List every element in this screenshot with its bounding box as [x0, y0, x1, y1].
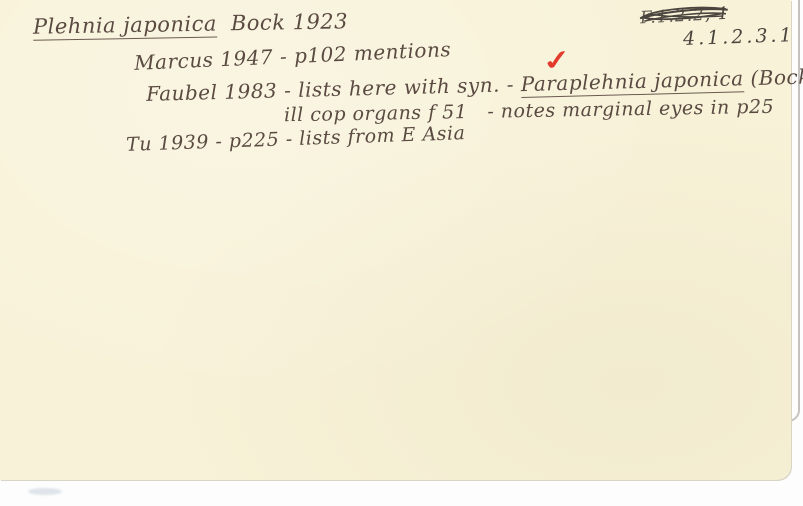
species-name: Plehnia japonica — [33, 12, 217, 41]
index-card: Plehnia japonicaBock 1923 F.1.2.2, 1 4.1… — [0, 0, 791, 480]
scan-smudge — [28, 488, 62, 495]
faubel-note-eyes: - notes marginal eyes in p25 — [487, 96, 774, 123]
crossed-out-code: F.1.2.2, 1 — [640, 4, 730, 29]
red-checkmark-icon: ✓ — [541, 44, 573, 78]
catalog-code: 4.1.2.3.1 — [683, 24, 795, 50]
species-author-year: Bock 1923 — [231, 9, 349, 35]
new-combination-author: (Bock) Hyman — [743, 62, 803, 90]
crossed-out-code-text: F.1.2.2 — [640, 5, 706, 28]
scanned-page: Plehnia japonicaBock 1923 F.1.2.2, 1 4.1… — [0, 0, 803, 506]
crossed-out-code-tail: , 1 — [704, 4, 730, 25]
species-title-line: Plehnia japonicaBock 1923 — [33, 9, 348, 38]
reference-marcus-1947: Marcus 1947 - p102 mentions — [134, 37, 452, 75]
reference-tu-1939: Tu 1939 - p225 - lists from E Asia — [126, 122, 466, 156]
catalog-code-block: F.1.2.2, 1 4.1.2.3.1 — [640, 6, 795, 48]
